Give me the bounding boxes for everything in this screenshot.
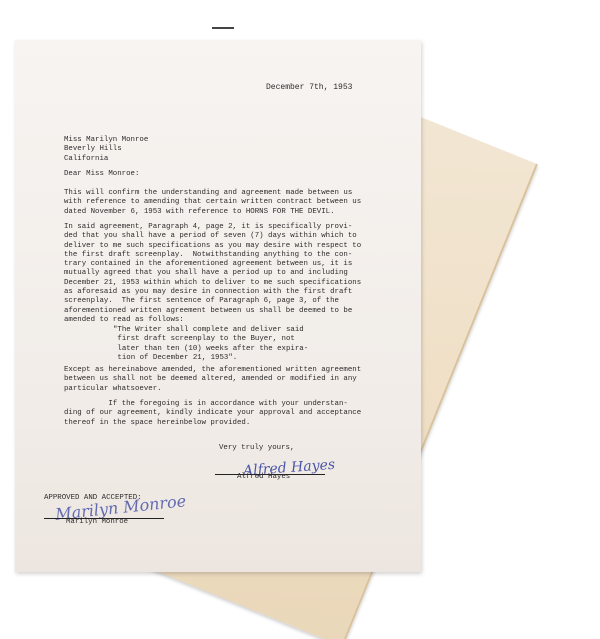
recipient-line: California bbox=[64, 155, 108, 163]
recipient-line: Miss Marilyn Monroe bbox=[64, 136, 148, 144]
recipient-line: Beverly Hills bbox=[64, 145, 122, 153]
letter-page: December 7th, 1953 Miss Marilyn Monroe B… bbox=[15, 40, 421, 572]
paragraph-3: Except as hereinabove amended, the afore… bbox=[64, 366, 361, 394]
paragraph-2: In said agreement, Paragraph 4, page 2, … bbox=[64, 223, 361, 325]
recipient-name: Marilyn Monroe bbox=[66, 518, 128, 527]
salutation: Dear Miss Monroe: bbox=[64, 170, 139, 179]
paragraph-1: This will confirm the understanding and … bbox=[64, 189, 361, 217]
closing: Very truly yours, bbox=[219, 444, 294, 453]
letter-date: December 7th, 1953 bbox=[266, 83, 352, 92]
paragraph-4: If the foregoing is in accordance with y… bbox=[64, 400, 361, 428]
sender-name: Alfred Hayes bbox=[237, 473, 290, 482]
amended-clause-quote: "The Writer shall complete and deliver s… bbox=[113, 326, 308, 363]
recipient-address: Miss Marilyn Monroe Beverly Hills Califo… bbox=[64, 136, 148, 164]
back-page-mark bbox=[212, 27, 234, 29]
